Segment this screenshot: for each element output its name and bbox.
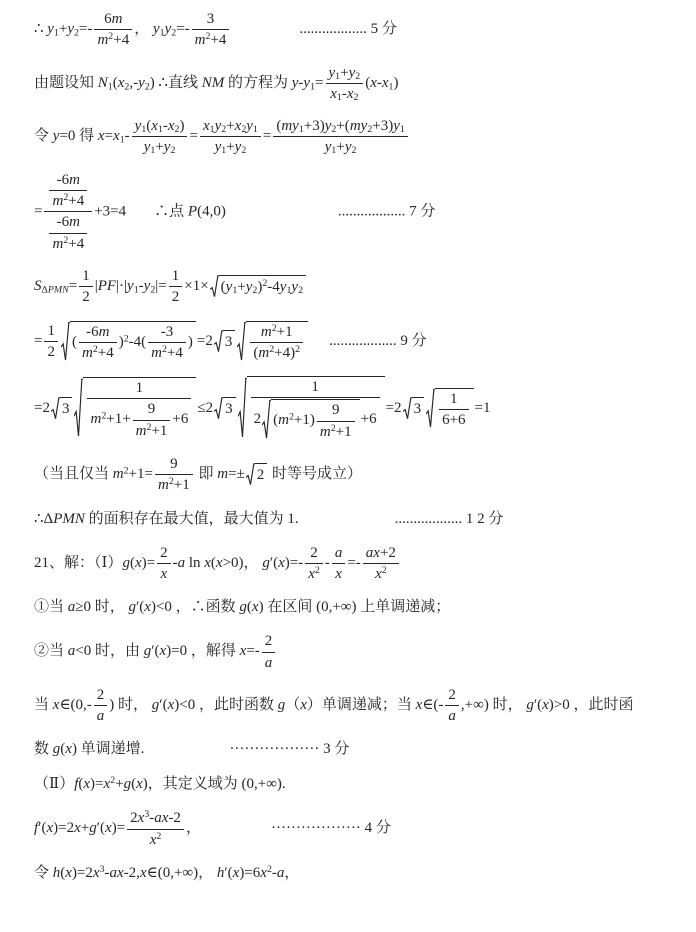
fraction: 12 (79, 267, 93, 307)
fraction: (my1+3)y2+(my2+3)y1y1+y2 (273, 117, 408, 157)
square-root: (y1+y2)2-4y1y2 (210, 275, 306, 298)
horizontal-gap (201, 832, 271, 833)
document-page: ∴ y1+y2=-6mm2+4， y1y2=-3m2+4............… (0, 0, 696, 932)
square-root: 3 (51, 397, 73, 420)
fraction: 2a (445, 686, 459, 726)
fraction: 2x (157, 544, 171, 584)
math-line: 21、解：（Ⅰ）g(x)=2x-a ln x(x>0)， g′(x)=-2x2-… (34, 544, 672, 584)
horizontal-gap (299, 522, 395, 523)
fraction: 3m2+4 (192, 10, 230, 50)
square-root: 1m2+1+9m2+1+6 (74, 377, 196, 440)
math-line: （当且仅当 m2+1=9m2+1 即 m=±2 时等号成立） (34, 455, 672, 495)
fraction: 2x3-ax-2x2 (127, 809, 184, 849)
math-line: 令 h(x)=2x3-ax-2,x∈(0,+∞)， h′(x)=6x2-a， (34, 863, 672, 884)
math-line: （Ⅱ）f(x)=x2+g(x)，其定义域为 (0,+∞). (34, 774, 672, 795)
fraction: ax+2x2 (363, 544, 399, 584)
square-root: m2+1(m2+4)2 (237, 321, 308, 363)
fraction: 2a (262, 632, 276, 672)
radical-sign-icon (246, 463, 255, 486)
math-line: f′(x)=2x+g′(x)=2x3-ax-2x2，··············… (34, 809, 672, 849)
radical-sign-icon (262, 399, 271, 441)
square-root: 2 (246, 463, 268, 486)
horizontal-gap (126, 214, 154, 215)
radical-sign-icon (61, 321, 70, 363)
math-line: =-6mm2+4-6mm2+4+3=4∴点 P(4,0)............… (34, 171, 672, 253)
math-line: ②当 a<0 时，由 g′(x)=0 ，解得 x=-2a (34, 632, 672, 672)
math-line: 由题设知 N1(x2,-y2) ∴直线 NM 的方程为 y-y1=y1+y2x1… (34, 64, 672, 104)
radical-sign-icon (214, 330, 223, 353)
radical-sign-icon (426, 388, 435, 430)
square-root: 3 (214, 330, 236, 353)
fraction: 9m2+1 (133, 400, 171, 440)
radical-sign-icon (210, 275, 219, 298)
fraction: 6mm2+4 (94, 10, 132, 50)
fraction: ax (332, 544, 346, 584)
math-line: 当 x∈(0,-2a) 时， g′(x)<0 ，此时函数 g（x）单调递减；当 … (34, 686, 672, 726)
math-line: 令 y=0 得 x=x1-y1(x1-x2)y1+y2=x1y2+x2y1y1+… (34, 117, 672, 157)
fraction: 12 (169, 267, 183, 307)
fraction: -6mm2+4 (49, 171, 87, 211)
horizontal-gap (309, 344, 329, 345)
fraction: -6mm2+4 (49, 213, 87, 253)
fraction: y1(x1-x2)y1+y2 (132, 117, 188, 157)
fraction: 16+6 (439, 390, 468, 430)
square-root: (-6mm2+4)2-4(-3m2+4) (61, 321, 196, 363)
radical-sign-icon (403, 397, 412, 420)
fraction: 9m2+1 (155, 455, 193, 495)
square-root: 12(m2+1)9m2+1+6 (238, 376, 385, 441)
fraction: 2a (94, 686, 108, 726)
solution-lines: ∴ y1+y2=-6mm2+4， y1y2=-3m2+4............… (34, 10, 672, 884)
math-line: =231m2+1+9m2+1+6≤2312(m2+1)9m2+1+6=2316+… (34, 376, 672, 441)
radical-sign-icon (237, 321, 246, 363)
fraction: 9m2+1 (317, 401, 355, 441)
radical-sign-icon (74, 377, 83, 440)
radical-sign-icon (238, 376, 247, 441)
fraction: 2x2 (305, 544, 323, 584)
square-root: 3 (403, 397, 425, 420)
square-root: 16+6 (426, 388, 473, 430)
fraction: 1m2+1+9m2+1+6 (87, 379, 191, 440)
fraction: 12 (44, 322, 58, 362)
horizontal-gap (144, 752, 229, 753)
fraction: -6mm2+4 (79, 323, 117, 363)
fraction: m2+1(m2+4)2 (250, 323, 303, 363)
math-line: =12(-6mm2+4)2-4(-3m2+4)=23m2+1(m2+4)2...… (34, 321, 672, 363)
math-line: ∴ y1+y2=-6mm2+4， y1y2=-3m2+4............… (34, 10, 672, 50)
math-line: SΔPMN=12|PF|·|y1-y2|=12×1×(y1+y2)2-4y1y2 (34, 267, 672, 307)
fraction: y1+y2x1-x2 (326, 64, 364, 104)
math-line: 数 g(x) 单调递增.·················· 3 分 (34, 739, 672, 760)
math-line: ①当 a≥0 时， g′(x)<0 ，∴函数 g(x) 在区间 (0,+∞) 上… (34, 597, 672, 618)
math-line: ∴ΔPMN 的面积存在最大值，最大值为 1...................… (34, 509, 672, 530)
horizontal-gap (231, 32, 299, 33)
fraction: x1y2+x2y1y1+y2 (200, 117, 261, 157)
horizontal-gap (226, 214, 338, 215)
radical-sign-icon (51, 397, 60, 420)
fraction: 12(m2+1)9m2+1+6 (251, 378, 380, 441)
square-root: (m2+1)9m2+1 (262, 399, 360, 441)
fraction: -6mm2+4-6mm2+4 (44, 171, 92, 253)
radical-sign-icon (214, 397, 223, 420)
fraction: -3m2+4 (148, 323, 186, 363)
square-root: 3 (214, 397, 236, 420)
